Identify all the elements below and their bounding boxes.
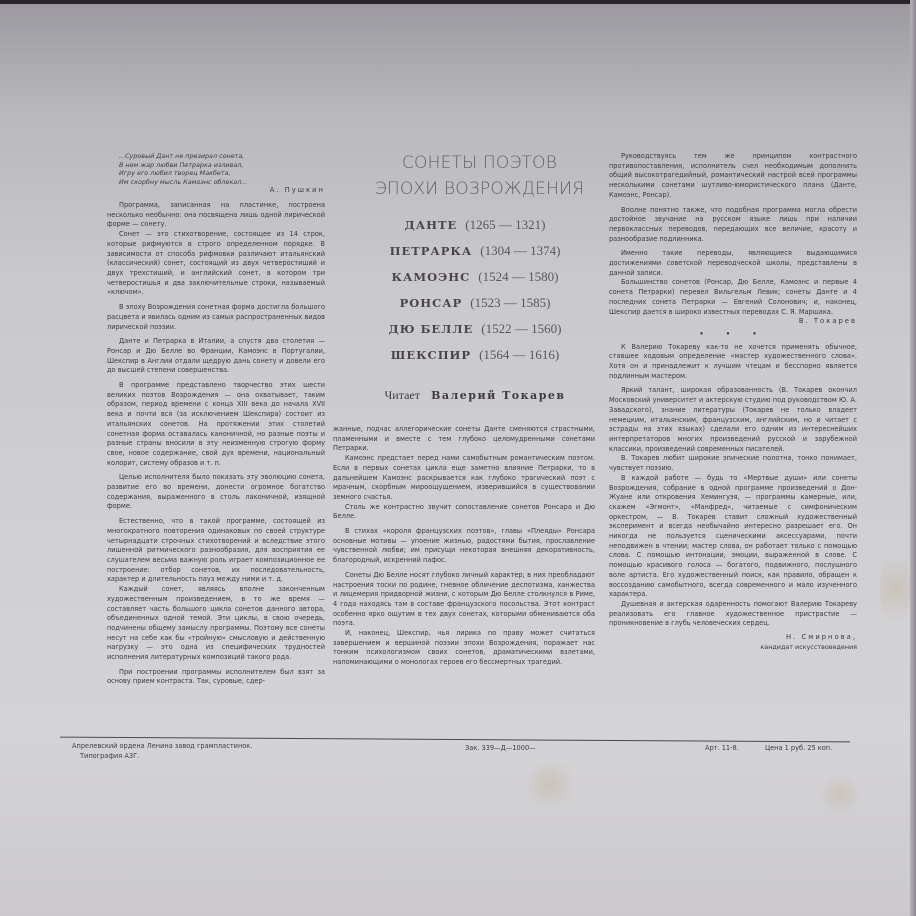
poet-years: (1523 — 1585) xyxy=(470,295,550,311)
title-line-2: ЭПОХИ ВОЗРОЖДЕНИЯ xyxy=(372,176,587,202)
poet-years: (1522 — 1560) xyxy=(481,321,561,337)
paragraph: Руководствуясь тем же принципом контраст… xyxy=(609,152,857,201)
paragraph: Камоэнс предстает перед нами самобытным … xyxy=(333,454,595,503)
poet-name: ШЕКСПИР xyxy=(391,348,471,362)
paragraph: Большинство сонетов (Ронсар, Дю Белле, К… xyxy=(609,278,857,317)
printer-text: Типография АЗГ. xyxy=(80,752,139,760)
reader-name: Валерий Токарев xyxy=(431,389,565,402)
poet-years: (1564 — 1616) xyxy=(479,347,559,363)
epigraph-line: Им скорбну мысль Камоэнс облекал... xyxy=(119,178,325,187)
poet-entry: ШЕКСПИР(1564 — 1616) xyxy=(360,342,590,368)
paragraph: жанные, подчас аллегорические сонеты Дан… xyxy=(333,425,595,454)
left-text-column: ...Суровый Дант не презирал сонета, В не… xyxy=(107,152,325,687)
paragraph: При построении программы исполнителем бы… xyxy=(107,668,325,687)
reader-credit: Читает Валерий Токарев xyxy=(360,384,590,403)
section-separator: • • • xyxy=(609,330,857,340)
poet-list: ДАНТЕ(1265 — 1321) ПЕТРАРКА(1304 — 1374)… xyxy=(360,212,590,368)
poet-entry: ДАНТЕ(1265 — 1321) xyxy=(360,212,590,238)
paragraph: Данте и Петрарка в Италии, а спустя два … xyxy=(107,337,325,376)
paragraph: В стихах «короля французских поэтов», гл… xyxy=(333,527,595,566)
paragraph: Столь же контрастно звучит сопоставление… xyxy=(333,503,595,522)
reader-label: Читает xyxy=(384,388,420,402)
paragraph: Сонеты Дю Белле носят глубоко личный хар… xyxy=(333,571,595,629)
order-number: Зак. 339—Д—1000— xyxy=(465,744,536,752)
paragraph: Каждый сонет, являясь вполне законченным… xyxy=(107,585,325,663)
epigraph-line: ...Суровый Дант не презирал сонета, xyxy=(119,152,325,161)
manufacturer-text: Апрелевский ордена Ленина завод грамплас… xyxy=(72,742,252,750)
poet-years: (1304 — 1374) xyxy=(480,243,560,259)
stain xyxy=(520,764,580,804)
signature-smirnova: Н. Смирнова, xyxy=(609,633,857,643)
stain xyxy=(820,774,860,814)
paragraph: Сонет — это стихотворение, состоящее из … xyxy=(107,230,325,298)
epigraph-line: Игру его любил творец Макбета, xyxy=(119,169,325,178)
paragraph: В. Токарев любит широкие эпические полот… xyxy=(609,454,857,473)
epigraph-author: А. Пушкин xyxy=(107,186,325,196)
poet-entry: ДЮ БЕЛЛЕ(1522 — 1560) xyxy=(360,316,590,342)
title-line-1: СОНЕТЫ ПОЭТОВ xyxy=(372,150,587,176)
right-text-column: Руководствуясь тем же принципом контраст… xyxy=(609,152,857,652)
paragraph: Вполне понятно также, что подобная прогр… xyxy=(609,206,857,245)
article-number: Арт. 11-8. xyxy=(705,744,739,752)
paragraph: В эпоху Возрождения сонетная форма дости… xyxy=(107,303,325,332)
stain xyxy=(880,544,910,634)
paragraph: И, наконец, Шекспир, чья лирика по праву… xyxy=(333,629,595,668)
poet-entry: РОНСАР(1523 — 1585) xyxy=(360,290,590,316)
epigraph: ...Суровый Дант не презирал сонета, В не… xyxy=(119,152,325,186)
paragraph: Душевная и актерская одаренность помогаю… xyxy=(609,600,857,629)
album-title: СОНЕТЫ ПОЭТОВ ЭПОХИ ВОЗРОЖДЕНИЯ xyxy=(372,150,587,202)
paragraph: Именно такие переводы, являющиеся выдающ… xyxy=(609,249,857,278)
poet-entry: КАМОЭНС(1524 — 1580) xyxy=(360,264,590,290)
paragraph: Целью исполнителя было показать эту эвол… xyxy=(107,473,325,512)
paragraph: В каждой работе — будь то «Мертвые души»… xyxy=(609,474,857,600)
poet-years: (1524 — 1580) xyxy=(478,269,558,285)
poet-name: ПЕТРАРКА xyxy=(390,244,473,258)
paragraph: К Валерию Токареву как-то не хочется при… xyxy=(609,343,857,382)
paragraph: Яркий талант, широкая образованность (В.… xyxy=(609,386,857,454)
poet-name: КАМОЭНС xyxy=(392,270,471,284)
paragraph: Естественно, что в такой программе, сост… xyxy=(107,517,325,585)
poet-years: (1265 — 1321) xyxy=(465,217,545,233)
middle-text-column: жанные, подчас аллегорические сонеты Дан… xyxy=(333,425,595,668)
poet-name: РОНСАР xyxy=(400,296,463,310)
paragraph: В программе представлено творчество этих… xyxy=(107,381,325,468)
signature-tokarev: В. Токарев xyxy=(609,317,857,327)
sleeve-right-edge xyxy=(910,0,916,916)
price-text: Цена 1 руб. 25 коп. xyxy=(765,744,832,752)
poet-name: ДАНТЕ xyxy=(405,218,458,232)
epigraph-line: В нем жар любви Петрарка изливал, xyxy=(119,161,325,170)
paragraph: Программа, записанная на пластинке, пост… xyxy=(107,201,325,230)
poet-name: ДЮ БЕЛЛЕ xyxy=(389,322,474,336)
signature-smirnova-title: кандидат искусствоведения xyxy=(609,643,857,653)
poet-entry: ПЕТРАРКА(1304 — 1374) xyxy=(360,238,590,264)
